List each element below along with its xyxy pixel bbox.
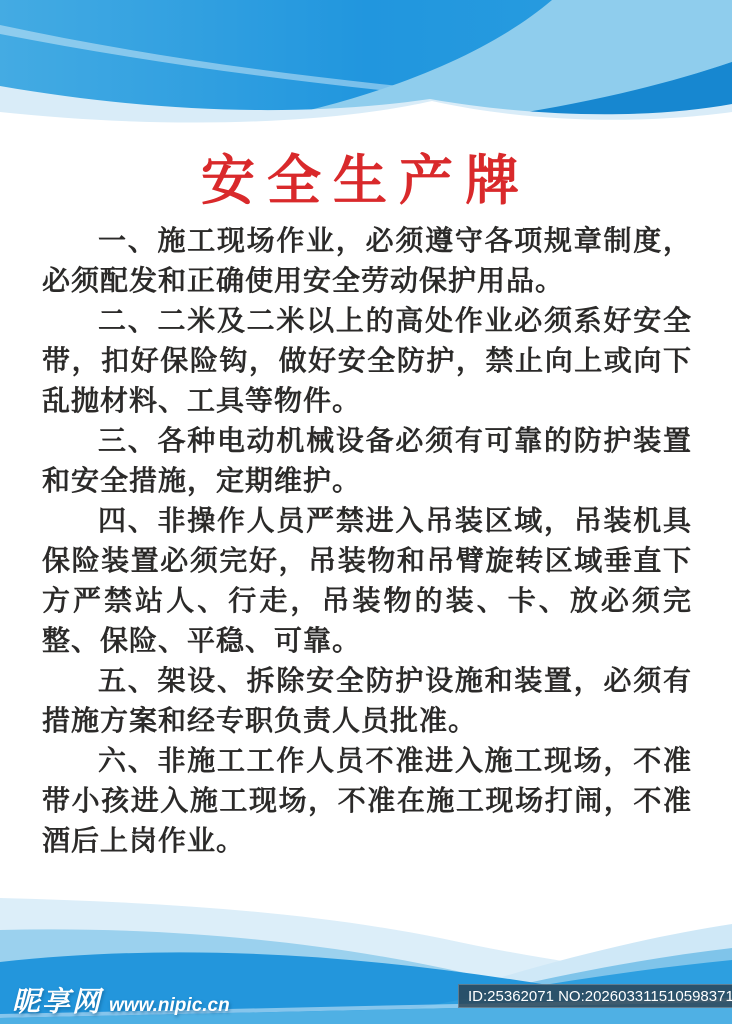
rule-item-6: 六、非施工工作人员不准进入施工现场，不准带小孩进入施工现场，不准在施工现场打闹，… (42, 741, 692, 861)
poster-title: 安全生产牌 (0, 138, 732, 215)
nipic-watermark: 昵享网www.nipic.cn (12, 980, 230, 1020)
safety-production-sign-poster: 安全生产牌 一、施工现场作业，必须遵守各项规章制度，必须配发和正确使用安全劳动保… (0, 0, 732, 1024)
rule-item-4: 四、非操作人员严禁进入吊装区域，吊装机具保险装置必须完好，吊装物和吊臂旋转区域垂… (42, 501, 692, 661)
rule-item-3: 三、各种电动机械设备必须有可靠的防护装置和安全措施，定期维护。 (42, 421, 692, 501)
rule-item-1: 一、施工现场作业，必须遵守各项规章制度，必须配发和正确使用安全劳动保护用品。 (42, 221, 692, 301)
rule-item-5: 五、架设、拆除安全防护设施和装置，必须有措施方案和经专职负责人员批准。 (42, 661, 692, 741)
nipic-url-text: www.nipic.cn (109, 995, 230, 1016)
header-wave-decoration (0, 0, 732, 136)
header-waves-graphic (0, 0, 732, 136)
nipic-logo-text: 昵享网 (12, 986, 102, 1017)
rule-item-2: 二、二米及二米以上的高处作业必须系好安全带，扣好保险钩，做好安全防护，禁止向上或… (42, 301, 692, 421)
rules-list: 一、施工现场作业，必须遵守各项规章制度，必须配发和正确使用安全劳动保护用品。 二… (42, 221, 692, 861)
image-id-badge: ID:25362071 NO:20260331151059837100 (458, 984, 732, 1008)
